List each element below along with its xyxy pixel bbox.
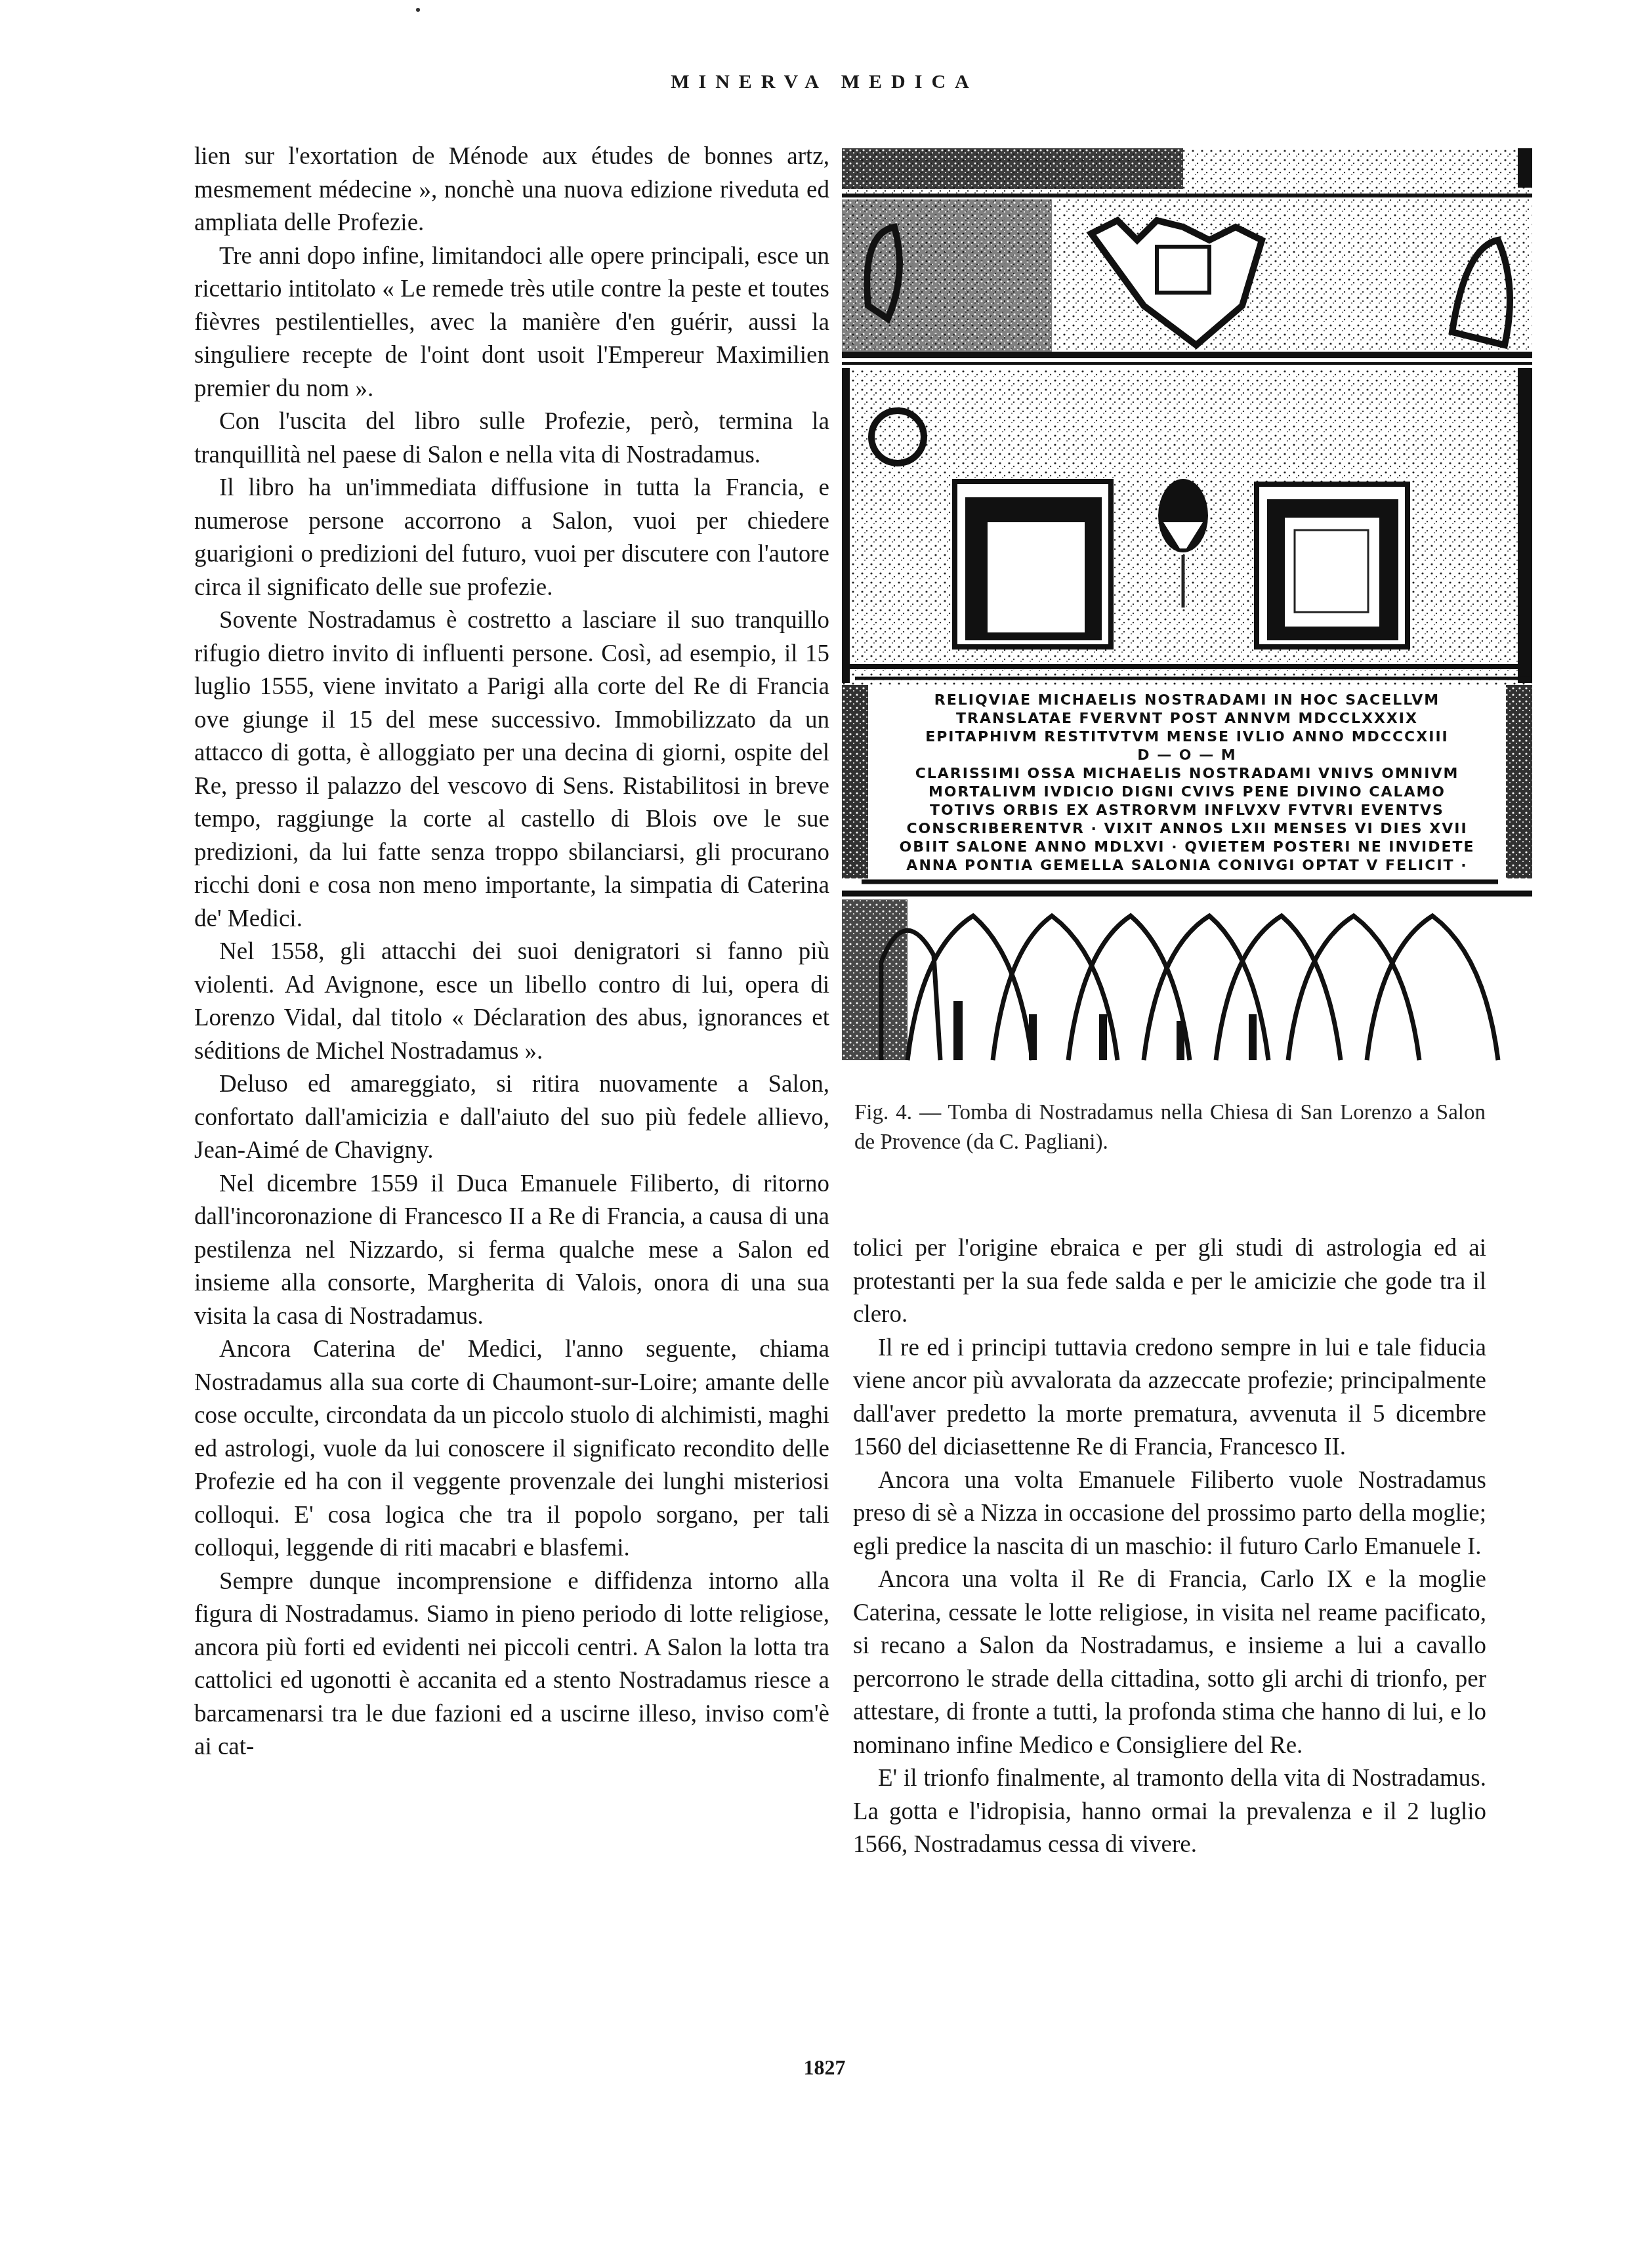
inscription-line: TOTIVS ORBIS EX ASTRORVM INFLVXV FVTVRI … bbox=[930, 802, 1444, 819]
tomb-photo-illustration: RELIQVIAE MICHAELIS NOSTRADAMI IN HOC SA… bbox=[842, 148, 1532, 1063]
inscription-line: RELIQVIAE MICHAELIS NOSTRADAMI IN HOC SA… bbox=[934, 692, 1440, 709]
paragraph: Tre anni dopo infine, limitandoci alle o… bbox=[194, 240, 829, 406]
paragraph: Ancora una volta Emanuele Filiberto vuol… bbox=[853, 1464, 1486, 1564]
paragraph: Sovente Nostradamus è costretto a lascia… bbox=[194, 604, 829, 936]
figure-caption: Fig. 4. — Tomba di Nostradamus nella Chi… bbox=[854, 1098, 1486, 1157]
running-title: MINERVA MEDICA bbox=[0, 71, 1649, 93]
inscription-line: ANNA PONTIA GEMELLA SALONIA CONIVGI OPTA… bbox=[906, 857, 1467, 874]
paragraph: Con l'uscita del libro sulle Profezie, p… bbox=[194, 405, 829, 472]
scan-speck bbox=[416, 8, 420, 12]
inscription-line: EPITAPHIVM RESTITVTVM MENSE IVLIO ANNO M… bbox=[925, 729, 1449, 745]
paragraph: Ancora una volta il Re di Francia, Carlo… bbox=[853, 1563, 1486, 1762]
paragraph: E' il trionfo finalmente, al tramonto de… bbox=[853, 1762, 1486, 1862]
paragraph: lien sur l'exortation de Ménode aux étud… bbox=[194, 140, 829, 240]
inscription-line: CLARISSIMI OSSA MICHAELIS NOSTRADAMI VNI… bbox=[915, 766, 1459, 782]
paragraph: Nel 1558, gli attacchi dei suoi denigrat… bbox=[194, 936, 829, 1068]
inscription-line: D — O — M bbox=[1137, 747, 1237, 764]
paragraph: Deluso ed amareggiato, si ritira nuovame… bbox=[194, 1068, 829, 1168]
paragraph: Il re ed i principi tuttavia credono sem… bbox=[853, 1332, 1486, 1464]
inscription-line: CONSCRIBERENTVR · VIXIT ANNOS LXII MENSE… bbox=[906, 821, 1467, 837]
paragraph: Ancora Caterina de' Medici, l'anno segue… bbox=[194, 1333, 829, 1565]
paragraph: Il libro ha un'immediata diffusione in t… bbox=[194, 472, 829, 604]
inscription-line: MORTALIVM IVDICIO DIGNI CVIVS PENE DIVIN… bbox=[929, 784, 1446, 800]
paragraph: Nel dicembre 1559 il Duca Emanuele Filib… bbox=[194, 1168, 829, 1334]
left-column: lien sur l'exortation de Ménode aux étud… bbox=[194, 140, 829, 1764]
paragraph: tolici per l'origine ebraica e per gli s… bbox=[853, 1232, 1486, 1332]
paragraph: Sempre dunque incomprensione e diffidenz… bbox=[194, 1565, 829, 1764]
right-column: tolici per l'origine ebraica e per gli s… bbox=[853, 1232, 1486, 1862]
page-number: 1827 bbox=[0, 2055, 1649, 2080]
tomb-photograph: RELIQVIAE MICHAELIS NOSTRADAMI IN HOC SA… bbox=[842, 148, 1532, 1063]
inscription-line: TRANSLATAE FVERVNT POST ANNVM MDCCLXXXIX bbox=[956, 711, 1418, 727]
inscription-line: OBIIT SALONE ANNO MDLXVI · QVIETEM POSTE… bbox=[900, 839, 1475, 856]
